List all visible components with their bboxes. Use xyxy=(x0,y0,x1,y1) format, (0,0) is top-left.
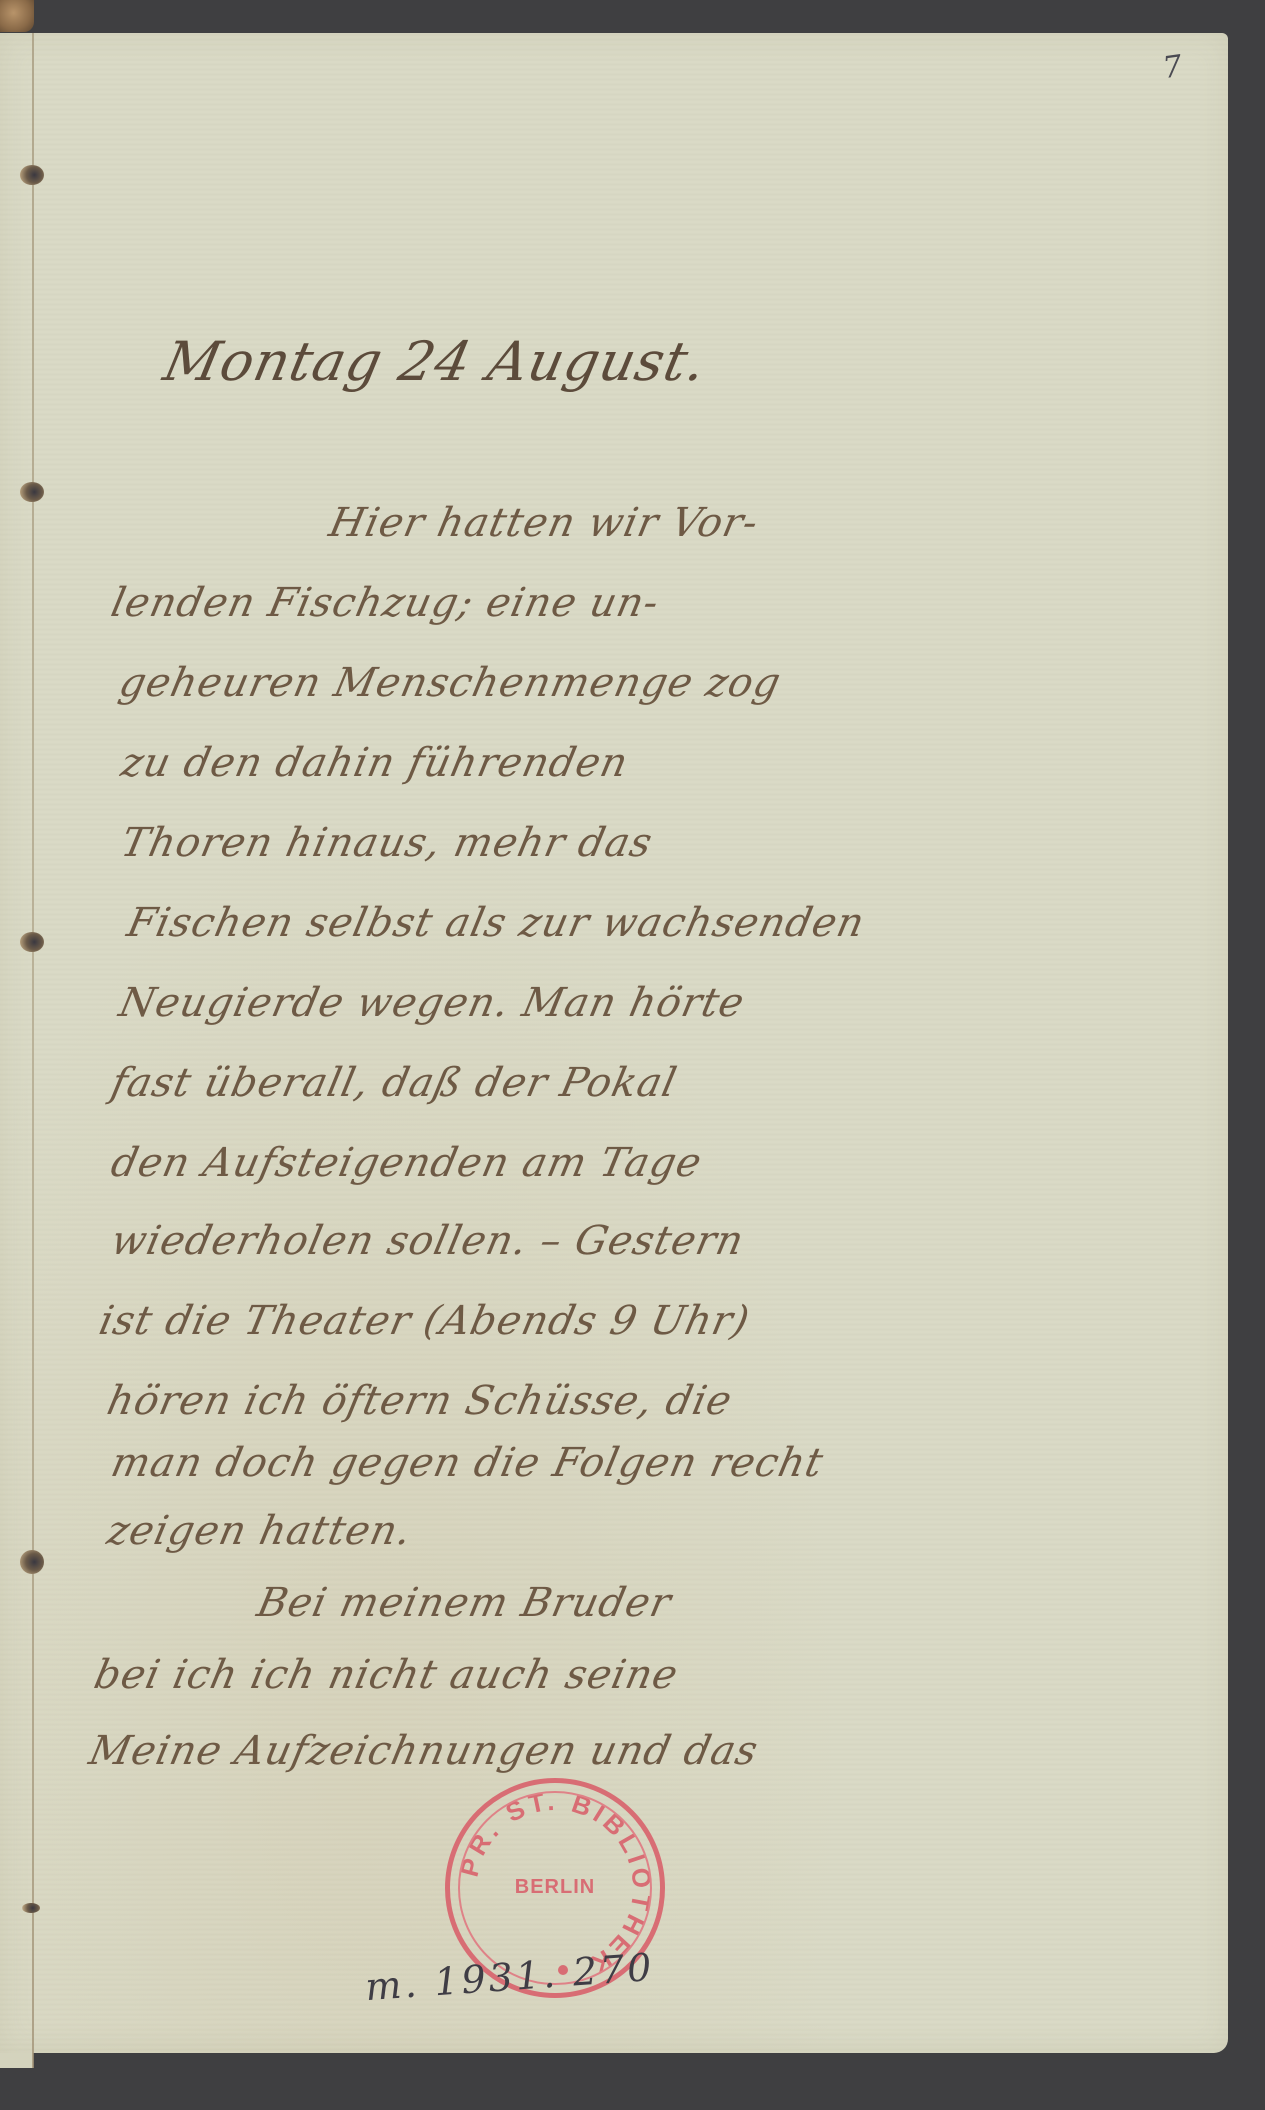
text-line-12: hören ich öftern Schüsse, die xyxy=(103,1378,736,1424)
text-line-4: zu den dahin führenden xyxy=(117,740,632,786)
text-line-1: Hier hatten wir Vor- xyxy=(325,500,763,546)
text-line-15: Bei meinem Bruder xyxy=(253,1580,676,1626)
text-line-16: bei ich ich nicht auch seine xyxy=(90,1652,682,1698)
text-line-8: fast überall, daß der Pokal xyxy=(107,1060,681,1106)
text-line-11: ist die Theater (Abends 9 Uhr) xyxy=(95,1298,754,1344)
text-line-13: man doch gegen die Folgen recht xyxy=(107,1440,828,1486)
text-line-9: den Aufsteigenden am Tage xyxy=(107,1140,706,1186)
text-line-17: Meine Aufzeichnungen und das xyxy=(85,1728,762,1774)
text-line-10: wiederholen sollen. – Gestern xyxy=(107,1218,748,1264)
entry-heading: Montag 24 August. xyxy=(158,330,712,393)
text-line-2: lenden Fischzug; eine un- xyxy=(107,580,663,626)
text-line-6: Fischen selbst als zur wachsenden xyxy=(123,900,869,946)
text-line-5: Thoren hinaus, mehr das xyxy=(117,820,657,866)
text-line-7: Neugierde wegen. Man hörte xyxy=(115,980,749,1026)
text-line-14: zeigen hatten. xyxy=(103,1508,416,1554)
stamp-city: BERLIN xyxy=(450,1876,660,1899)
text-line-3: geheuren Menschenmenge zog xyxy=(115,660,785,706)
